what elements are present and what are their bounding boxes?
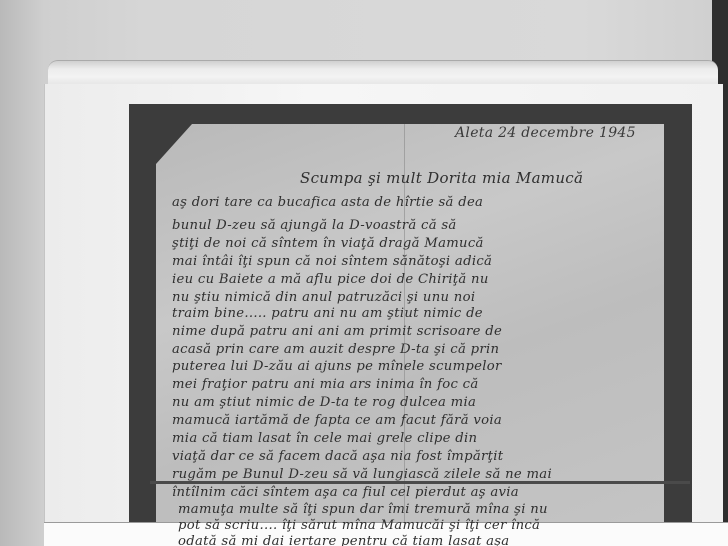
- letter-line: mei fraţior patru ani mia ars inima în f…: [172, 377, 479, 392]
- letter-line: ştiţi de noi că sîntem în viaţă dragă Ma…: [172, 236, 484, 251]
- letter-line: nu am ştiut nimic de D-ta te rog dulcea …: [172, 395, 476, 410]
- letter-line: rugăm pe Bunul D-zeu să vă lungiască zil…: [172, 467, 552, 482]
- letter-line: mamucă iartămă de fapta ce am facut fără…: [172, 413, 502, 428]
- letter-line: odată să mi dai iertare pentru că tiam l…: [178, 534, 509, 546]
- letter-line: bunul D-zeu să ajungă la D-voastră că să: [172, 218, 457, 233]
- letter-line: puterea lui D-zău ai ajuns pe mînele scu…: [172, 359, 502, 374]
- letter-line: mai întâi îţi spun că noi sîntem sănătoş…: [172, 254, 492, 269]
- letter-line: nime după patru ani ani am primit scriso…: [172, 324, 502, 339]
- letter-line: acasă prin care am auzit despre D-ta şi …: [172, 342, 499, 357]
- fold-line-horizontal: [150, 481, 690, 484]
- letter-line: mia că tiam lasat în cele mai grele clip…: [172, 431, 477, 446]
- album-spine-top: [48, 60, 718, 87]
- letter-line: aş dori tare ca bucafica asta de hîrtie …: [172, 195, 483, 210]
- letter-line: traim bine..... patru ani nu am ştiut ni…: [172, 306, 483, 321]
- letter-line: viaţă dar ce să facem dacă aşa nia fost …: [172, 449, 503, 464]
- letter-date: Aleta 24 decembre 1945: [455, 125, 636, 141]
- letter-line: ieu cu Baiete a mă aflu pice doi de Chir…: [172, 272, 489, 287]
- letter-salutation: Scumpa şi mult Dorita mia Mamucă: [300, 169, 583, 187]
- letter-line: pot să scriu.... îţi sărut mîna Mamucăi …: [178, 518, 540, 533]
- letter-line: mamuţa multe să îţi spun dar îmi tremură…: [178, 502, 548, 517]
- letter-line: nu ştiu nimică din anul patruzăci şi unu…: [172, 290, 475, 305]
- letter-line: întîlnim căci sîntem aşa ca fiul cel pie…: [172, 485, 519, 500]
